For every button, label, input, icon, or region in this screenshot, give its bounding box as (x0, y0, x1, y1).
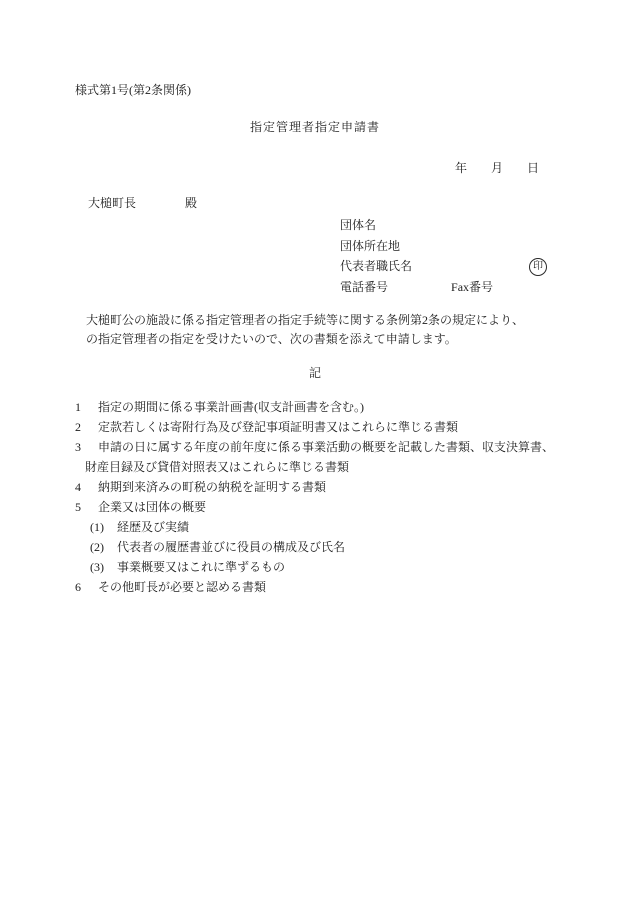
list-item-4: 4納期到来済みの町税の納税を証明する書類 (75, 477, 555, 497)
list-item-text: 申請の日に属する年度の前年度に係る事業活動の概要を記載した書類、収支決算書、財産… (85, 440, 554, 474)
list-subitem-number: (1) (90, 517, 117, 537)
field-representative: 代表者職氏名 印 (340, 256, 570, 277)
list-item-text: 指定の期間に係る事業計画書(収支計画書を含む。) (98, 400, 364, 414)
body-line-2: の指定管理者の指定を受けたいので、次の書類を添えて申請します。 (86, 330, 576, 349)
document-page: 様式第1号(第2条関係) 指定管理者指定申請書 年 月 日 大槌町長殿 団体名 … (0, 0, 630, 916)
list-item-number: 2 (75, 417, 98, 437)
list-item-text: 納期到来済みの町税の納税を証明する書類 (98, 480, 326, 494)
list-item-2: 2定款若しくは寄附行為及び登記事項証明書又はこれらに準じる書類 (75, 417, 555, 437)
addressee-name: 大槌町長 (88, 196, 136, 210)
list-item-6: 6その他町長が必要と認める書類 (75, 577, 555, 597)
list-item-5: 5企業又は団体の概要 (75, 497, 555, 517)
attachment-list: 1指定の期間に係る事業計画書(収支計画書を含む。) 2定款若しくは寄附行為及び登… (75, 397, 575, 597)
list-subitem-text: 代表者の履歴書並びに役員の構成及び氏名 (117, 540, 345, 554)
list-item-number: 5 (75, 497, 98, 517)
list-subitem-number: (2) (90, 537, 117, 557)
page-title: 指定管理者指定申請書 (0, 118, 630, 137)
list-item-number: 6 (75, 577, 98, 597)
list-item-3: 3申請の日に属する年度の前年度に係る事業活動の概要を記載した書類、収支決算書、財… (75, 437, 555, 477)
field-org-name: 団体名 (340, 215, 570, 236)
addressee-line: 大槌町長殿 (88, 194, 197, 213)
representative-label: 代表者職氏名 (340, 259, 412, 273)
phone-label: 電話番号 (340, 280, 388, 294)
applicant-fields: 団体名 団体所在地 代表者職氏名 印 電話番号 Fax番号 (340, 215, 570, 297)
fax-label: Fax番号 (451, 280, 493, 294)
org-address-label: 団体所在地 (340, 239, 400, 253)
list-item-1: 1指定の期間に係る事業計画書(収支計画書を含む。) (75, 397, 555, 417)
list-subitem-text: 事業概要又はこれに準ずるもの (117, 560, 285, 574)
list-subitem-5-1: (1)経歴及び実績 (75, 517, 550, 537)
list-item-number: 3 (75, 437, 98, 457)
list-subitem-5-2: (2)代表者の履歴書並びに役員の構成及び氏名 (75, 537, 550, 557)
field-org-address: 団体所在地 (340, 236, 570, 257)
field-phone-fax: 電話番号 Fax番号 (340, 277, 570, 298)
list-subitem-5-3: (3)事業概要又はこれに準ずるもの (75, 557, 550, 577)
list-subitem-number: (3) (90, 557, 117, 577)
list-item-number: 1 (75, 397, 98, 417)
body-line-1: 大槌町公の施設に係る指定管理者の指定手続等に関する条例第2条の規定により、 (86, 311, 576, 330)
form-number: 様式第1号(第2条関係) (75, 81, 191, 100)
list-item-text: 定款若しくは寄附行為及び登記事項証明書又はこれらに準じる書類 (98, 420, 458, 434)
list-item-number: 4 (75, 477, 98, 497)
seal-icon: 印 (529, 258, 547, 276)
date-line: 年 月 日 (455, 159, 539, 178)
org-name-label: 団体名 (340, 218, 376, 232)
list-item-text: その他町長が必要と認める書類 (98, 580, 266, 594)
list-subitem-text: 経歴及び実績 (117, 520, 189, 534)
list-heading: 記 (0, 364, 630, 383)
body-paragraph: 大槌町公の施設に係る指定管理者の指定手続等に関する条例第2条の規定により、 の指… (86, 311, 576, 349)
addressee-honorific: 殿 (185, 196, 197, 210)
list-item-text: 企業又は団体の概要 (98, 500, 206, 514)
